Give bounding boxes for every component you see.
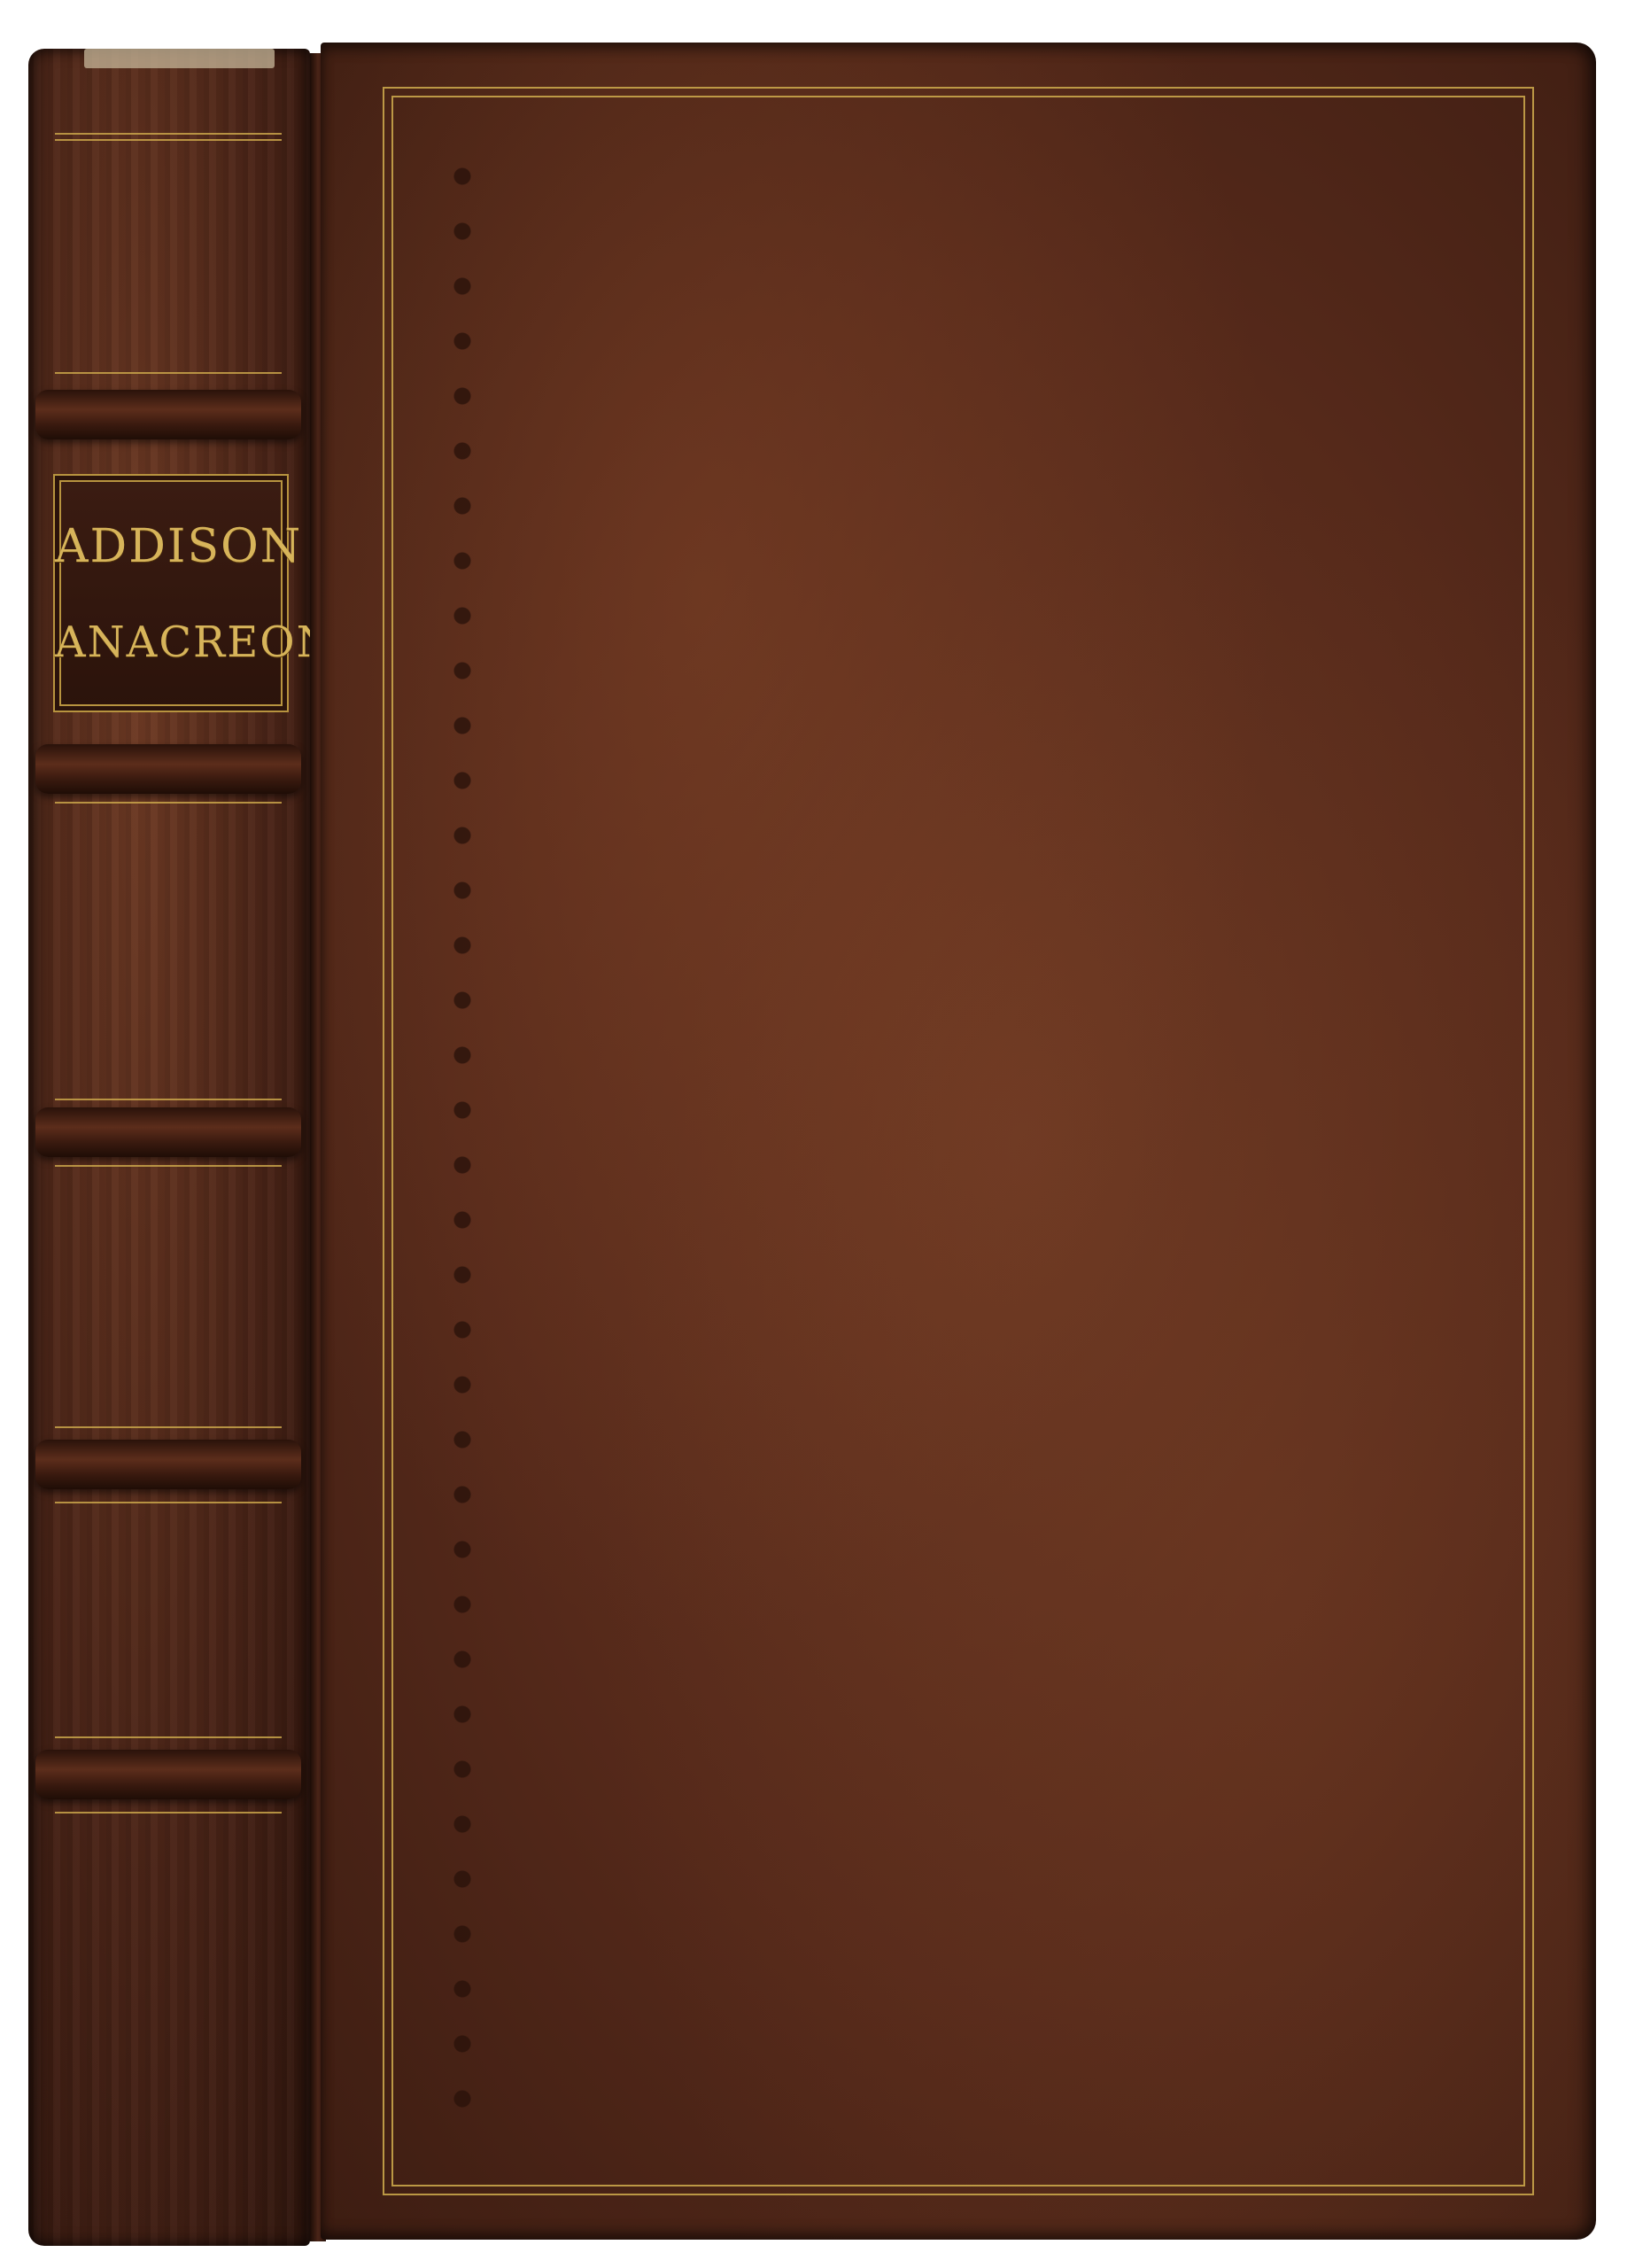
spine-raised-band: [35, 1107, 301, 1157]
spine-raised-band: [35, 390, 301, 439]
spine-title-label: ADDISON ANACREON: [53, 474, 289, 712]
spine-gilt-line: [55, 139, 282, 141]
spine-raised-band: [35, 1750, 301, 1799]
spine-gilt-line: [55, 1099, 282, 1100]
spine-gilt-line: [55, 372, 282, 374]
front-cover: [321, 43, 1596, 2240]
spine-gilt-line: [55, 1165, 282, 1167]
spine-gilt-line: [55, 133, 282, 135]
spine-headcap-wear: [84, 49, 275, 68]
spine-gilt-line: [55, 1426, 282, 1428]
blind-tooled-dots: [449, 149, 476, 2133]
spine-gilt-line: [55, 802, 282, 804]
spine-gilt-line: [55, 1812, 282, 1814]
spine-raised-band: [35, 744, 301, 794]
spine-gilt-line: [55, 1736, 282, 1738]
spine-title-line-1: ADDISON: [55, 520, 287, 573]
spine-title-line-2: ANACREON: [55, 617, 287, 667]
spine-gilt-line: [55, 1502, 282, 1503]
book-photo: ADDISON ANACREON: [0, 0, 1635, 2268]
spine-raised-band: [35, 1440, 301, 1489]
gilt-border-inner: [391, 96, 1525, 2186]
